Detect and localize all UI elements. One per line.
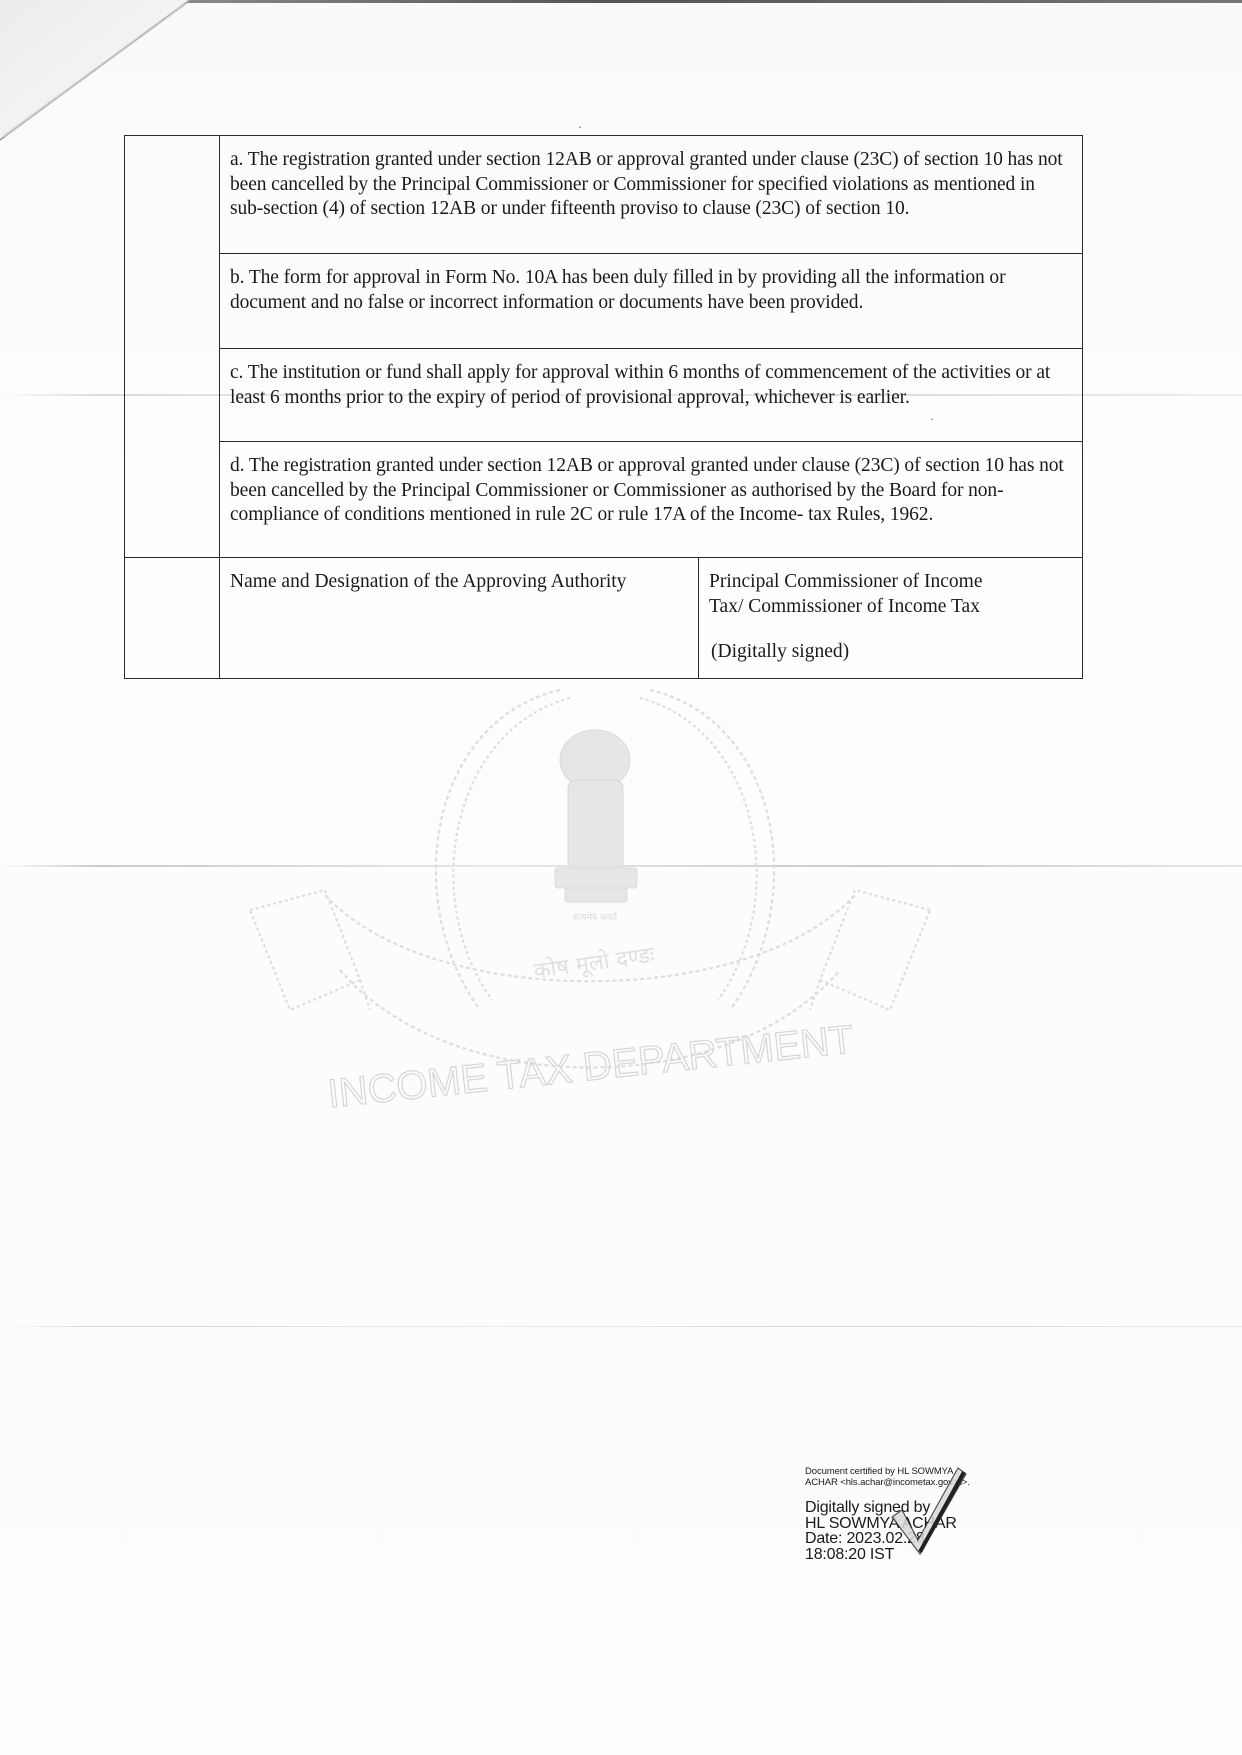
serial-column-cell: [125, 557, 220, 678]
fold-crease: [0, 1326, 1242, 1327]
page-top-edge: [180, 0, 1242, 3]
digital-signature-block: Document certified by HL SOWMYA ACHAR <h…: [805, 1466, 1025, 1562]
digitally-signed-note: (Digitally signed): [711, 640, 849, 665]
folded-corner: [0, 0, 200, 150]
conditions-table: a. The registration granted under sectio…: [124, 135, 1083, 679]
condition-d: d. The registration granted under sectio…: [220, 441, 1082, 557]
condition-b: b. The form for approval in Form No. 10A…: [220, 253, 1082, 348]
conditions-list: a. The registration granted under sectio…: [220, 136, 1082, 557]
checkmark-icon: [880, 1462, 970, 1557]
svg-text:सत्यमेव जयते: सत्यमेव जयते: [573, 911, 618, 923]
authority-designation-line2: Tax/ Commissioner of Income Tax: [709, 595, 1072, 620]
svg-text:INCOME TAX DEPARTMENT: INCOME TAX DEPARTMENT: [326, 1017, 856, 1116]
approving-authority-value: Principal Commissioner of Income Tax/ Co…: [699, 558, 1082, 678]
approving-authority-row: Name and Designation of the Approving Au…: [220, 557, 1082, 678]
serial-column-cell: [125, 136, 220, 557]
condition-c: c. The institution or fund shall apply f…: [220, 348, 1082, 441]
scan-speck: ·: [930, 412, 934, 427]
income-tax-watermark: सत्यमेव जयते कोष मूलो दण्डः INCOME TAX D…: [230, 680, 950, 1140]
scan-speck: ·: [578, 120, 582, 135]
svg-text:कोष मूलो दण्डः: कोष मूलो दण्डः: [532, 942, 657, 986]
condition-a: a. The registration granted under sectio…: [220, 136, 1082, 253]
authority-designation-line1: Principal Commissioner of Income: [709, 570, 1072, 595]
approving-authority-label: Name and Designation of the Approving Au…: [220, 558, 699, 678]
